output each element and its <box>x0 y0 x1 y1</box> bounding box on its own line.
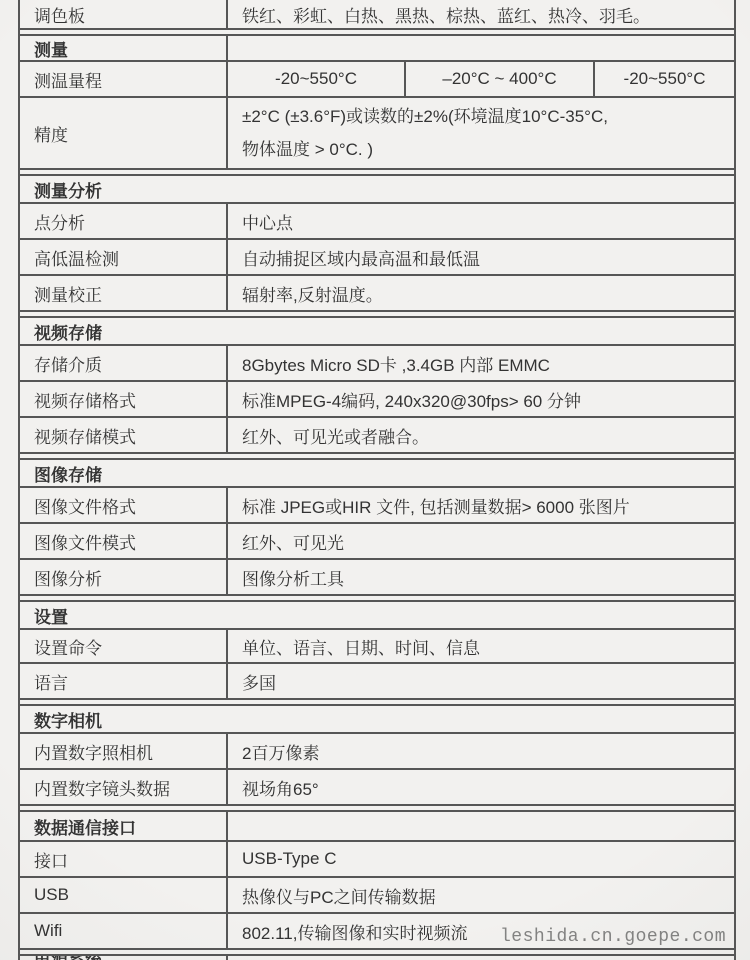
row-label: 内置数字照相机 <box>20 734 228 768</box>
section-header: 测量分析 <box>20 176 734 202</box>
table-row: 精度±2°C (±3.6°F)或读数的±2%(环境温度10°C-35°C,物体温… <box>20 98 734 170</box>
row-label: 测量校正 <box>20 276 228 310</box>
row-value: 2百万像素 <box>228 734 734 768</box>
row-label: 精度 <box>20 98 228 168</box>
table-row: 图像文件格式标准 JPEG或HIR 文件, 包括测量数据> 6000 张图片 <box>20 488 734 524</box>
section-header: 数字相机 <box>20 706 734 732</box>
table-row: 高低温检测自动捕捉区域内最高温和最低温 <box>20 240 734 276</box>
spec-sheet-page: 调色板铁红、彩虹、白热、黑热、棕热、蓝红、热冷、羽毛。测量测温量程-20~550… <box>0 0 750 960</box>
row-label: 视频存储格式 <box>20 382 228 416</box>
row-label: USB <box>20 878 228 912</box>
table-row: 图像存储 <box>20 458 734 488</box>
row-value: 图像分析工具 <box>228 560 734 594</box>
table-row: 设置命令单位、语言、日期、时间、信息 <box>20 630 734 664</box>
section-header: 视频存储 <box>20 318 734 344</box>
row-value: 红外、可见光 <box>228 524 734 558</box>
table-row: 内置数字镜头数据视场角65° <box>20 770 734 806</box>
row-label: 测温量程 <box>20 62 228 96</box>
row-value: 铁红、彩虹、白热、黑热、棕热、蓝红、热冷、羽毛。 <box>228 0 734 28</box>
table-row: 接口USB-Type C <box>20 842 734 878</box>
empty-cell <box>228 36 734 60</box>
row-value: 辐射率,反射温度。 <box>228 276 734 310</box>
empty-cell <box>228 812 734 840</box>
row-label: 高低温检测 <box>20 240 228 274</box>
table-row: 测量分析 <box>20 174 734 204</box>
row-label: 语言 <box>20 664 228 698</box>
row-value: 标准MPEG-4编码, 240x320@30fps> 60 分钟 <box>228 382 734 416</box>
row-label: 内置数字镜头数据 <box>20 770 228 804</box>
row-label: 图像文件格式 <box>20 488 228 522</box>
table-row: 存储介质8Gbytes Micro SD卡 ,3.4GB 内部 EMMC <box>20 346 734 382</box>
row-value: ±2°C (±3.6°F)或读数的±2%(环境温度10°C-35°C,物体温度 … <box>228 98 734 168</box>
row-label: 调色板 <box>20 0 228 28</box>
table-row: 调色板铁红、彩虹、白热、黑热、棕热、蓝红、热冷、羽毛。 <box>20 0 734 30</box>
table-row: 语言多国 <box>20 664 734 700</box>
row-value: USB-Type C <box>228 842 734 876</box>
table-row: 测温量程-20~550°C–20°C ~ 400°C-20~550°C <box>20 62 734 98</box>
table-row: 数字相机 <box>20 704 734 734</box>
spec-table: 调色板铁红、彩虹、白热、黑热、棕热、蓝红、热冷、羽毛。测量测温量程-20~550… <box>18 0 736 960</box>
watermark-url: leshida.cn.goepe.com <box>500 927 726 947</box>
section-header: 设置 <box>20 602 734 628</box>
table-row: 内置数字照相机2百万像素 <box>20 734 734 770</box>
row-value: 视场角65° <box>228 770 734 804</box>
row-value: 8Gbytes Micro SD卡 ,3.4GB 内部 EMMC <box>228 346 734 380</box>
row-value: 标准 JPEG或HIR 文件, 包括测量数据> 6000 张图片 <box>228 488 734 522</box>
table-row: 测量校正辐射率,反射温度。 <box>20 276 734 312</box>
table-row: 视频存储 <box>20 316 734 346</box>
table-row: 视频存储格式标准MPEG-4编码, 240x320@30fps> 60 分钟 <box>20 382 734 418</box>
row-label: 存储介质 <box>20 346 228 380</box>
row-label: 图像分析 <box>20 560 228 594</box>
section-header: 测量 <box>20 36 228 60</box>
row-value-line: ±2°C (±3.6°F)或读数的±2%(环境温度10°C-35°C, <box>242 100 734 133</box>
section-header: 电源系统 <box>20 956 228 960</box>
table-row: 数据通信接口 <box>20 810 734 842</box>
section-header: 数据通信接口 <box>20 812 228 840</box>
table-row: 测量 <box>20 34 734 62</box>
row-value: 多国 <box>228 664 734 698</box>
table-row: 设置 <box>20 600 734 630</box>
row-value: –20°C ~ 400°C <box>406 62 595 96</box>
table-row: 图像文件模式红外、可见光 <box>20 524 734 560</box>
row-label: 设置命令 <box>20 630 228 662</box>
row-label: 点分析 <box>20 204 228 238</box>
table-row: 点分析中心点 <box>20 204 734 240</box>
table-row: USB热像仪与PC之间传输数据 <box>20 878 734 914</box>
row-value-line: 物体温度 > 0°C. ) <box>242 133 734 166</box>
row-label: 接口 <box>20 842 228 876</box>
table-row: 视频存储模式红外、可见光或者融合。 <box>20 418 734 454</box>
section-header: 图像存储 <box>20 460 734 486</box>
row-value: 红外、可见光或者融合。 <box>228 418 734 452</box>
row-value: -20~550°C <box>595 62 734 96</box>
row-value: -20~550°C <box>228 62 406 96</box>
row-label: 图像文件模式 <box>20 524 228 558</box>
row-value: 中心点 <box>228 204 734 238</box>
row-value: 自动捕捉区域内最高温和最低温 <box>228 240 734 274</box>
row-value: 单位、语言、日期、时间、信息 <box>228 630 734 662</box>
row-value: 热像仪与PC之间传输数据 <box>228 878 734 912</box>
table-row: 图像分析图像分析工具 <box>20 560 734 596</box>
row-label: Wifi <box>20 914 228 948</box>
row-label: 视频存储模式 <box>20 418 228 452</box>
table-row: 电源系统 <box>20 954 734 960</box>
empty-cell <box>228 956 734 960</box>
